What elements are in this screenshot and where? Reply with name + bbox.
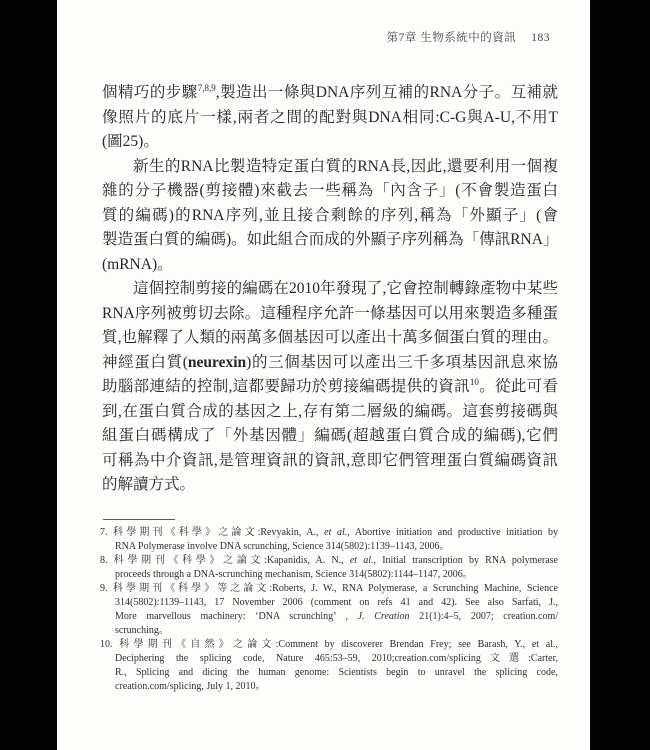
- footnote-line: creation.com/splicing, July 1, 2010。: [100, 680, 558, 694]
- body-text-line: 的解讀方式。: [102, 473, 558, 498]
- scan-edge-right: [590, 0, 650, 750]
- page-number: 183: [531, 32, 550, 44]
- body-text-line: (mRNA)。: [102, 253, 558, 278]
- body-text: 個精巧的步驟7,8,9,製造出一條與DNA序列互補的RNA分子。互補就像照片的底…: [102, 81, 558, 498]
- body-text-line: (圖25)。: [102, 130, 558, 155]
- footnote-line: RNA Polymerase involve DNA scrunching, S…: [100, 540, 558, 554]
- footnote-item: 8. 科學期刊《科學》之論文:Kapanidis, A. N., et al.,…: [100, 554, 558, 582]
- scan-edge-left: [0, 0, 57, 750]
- footnote-line: proceeds through a DNA-scrunching mechan…: [100, 568, 558, 582]
- body-text-line: 到,在蛋白質合成的基因之上,存有第二層級的編碼。這套剪接碼與: [102, 400, 558, 425]
- footnote-line: 314(5802):1139–1143, 17 November 2006 (c…: [100, 596, 558, 610]
- footnote-item: 9. 科學期刊《科學》等之論文:Roberts, J. W., RNA Poly…: [100, 582, 558, 638]
- footnote-line: 8. 科學期刊《科學》之論文:Kapanidis, A. N., et al.,…: [100, 554, 558, 568]
- body-text-line: 組蛋白碼構成了「外基因體」編碼(超越蛋白質合成的編碼),它們: [102, 424, 558, 449]
- footnote-line: 9. 科學期刊《科學》等之論文:Roberts, J. W., RNA Poly…: [100, 582, 558, 596]
- footnote-line: scrunching。: [100, 624, 558, 638]
- body-text-line: 神經蛋白質(neurexin)的三個基因可以產出三千多項基因訊息來協: [102, 351, 558, 376]
- body-text-line: 質,也解釋了人類的兩萬多個基因可以產出十萬多個蛋白質的理由。: [102, 326, 558, 351]
- footnote-line: More marvellous machinery: ‘DNA scrunchi…: [100, 610, 558, 624]
- body-text-line: 雜的分子機器(剪接體)來截去一些稱為「內含子」(不會製造蛋白: [102, 179, 558, 204]
- body-text-line: 質的編碼)的RNA序列,並且接合剩餘的序列,稱為「外顯子」(會: [102, 204, 558, 229]
- footnote-item: 7. 科學期刊《科學》之論文:Revyakin, A., et al., Abo…: [100, 526, 558, 554]
- body-text-line: RNA序列被剪切去除。這種程序允許一條基因可以用來製造多種蛋白: [102, 302, 558, 327]
- scanned-book-page: 第7章 生物系統中的資訊183 個精巧的步驟7,8,9,製造出一條與DNA序列互…: [0, 0, 650, 750]
- footnote-line: 10. 科學期刊《自然》之論文:Comment by discoverer Br…: [100, 638, 558, 652]
- body-text-line: 新生的RNA比製造特定蛋白質的RNA長,因此,還要利用一個複: [102, 155, 558, 180]
- body-text-line: 個精巧的步驟7,8,9,製造出一條與DNA序列互補的RNA分子。互補就: [102, 81, 558, 106]
- footnotes: 7. 科學期刊《科學》之論文:Revyakin, A., et al., Abo…: [100, 526, 558, 694]
- footnote-item: 10. 科學期刊《自然》之論文:Comment by discoverer Br…: [100, 638, 558, 694]
- chapter-title: 第7章 生物系統中的資訊: [387, 32, 517, 44]
- body-text-line: 製造蛋白質的編碼)。如此組合而成的外顯子序列稱為「傳訊RNA」: [102, 228, 558, 253]
- body-text-line: 這個控制剪接的編碼在2010年發現了,它會控制轉錄產物中某些: [102, 277, 558, 302]
- running-header: 第7章 生物系統中的資訊183: [102, 31, 550, 45]
- footnote-line: 7. 科學期刊《科學》之論文:Revyakin, A., et al., Abo…: [100, 526, 558, 540]
- body-text-line: 可稱為中介資訊,是管理資訊的資訊,意即它們管理蛋白質編碼資訊: [102, 449, 558, 474]
- footnote-line: Deciphering the splicing code, Nature 46…: [100, 652, 558, 666]
- footnote-line: R., Splicing and dicing the human genome…: [100, 666, 558, 680]
- page-surface: 第7章 生物系統中的資訊183 個精巧的步驟7,8,9,製造出一條與DNA序列互…: [57, 0, 590, 750]
- footnote-divider: [103, 519, 175, 520]
- body-text-line: 像照片的底片一樣,兩者之間的配對與DNA相同:C-G與A-U,不用T: [102, 106, 558, 131]
- body-text-line: 助腦部連結的控制,這都要歸功於剪接編碼提供的資訊10。從此可看: [102, 375, 558, 400]
